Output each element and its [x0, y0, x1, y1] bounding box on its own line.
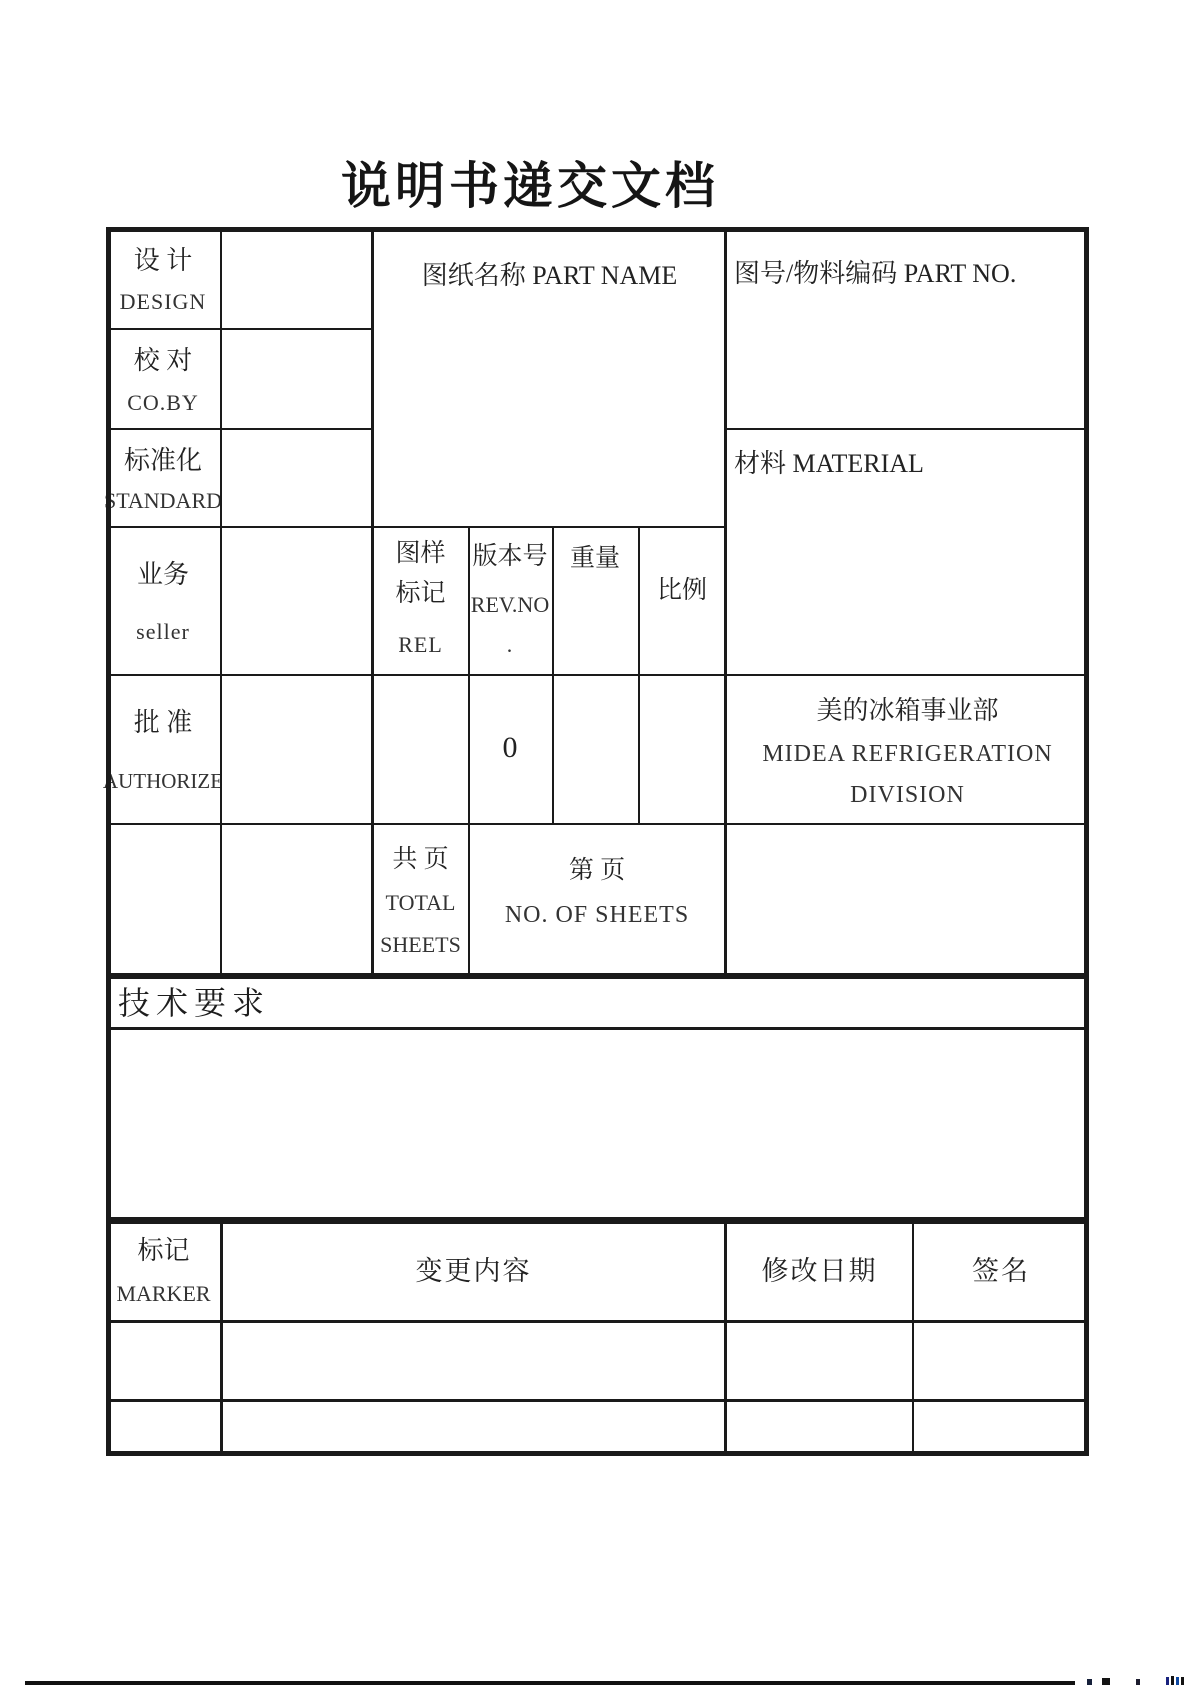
seller-signature-cell [220, 526, 373, 673]
page-title: 说明书递交文档 [0, 146, 1060, 218]
total-sheets-zh: 共 页 [392, 839, 448, 875]
marker-label-en: MARKER [116, 1281, 210, 1307]
table-border-left [106, 227, 111, 1456]
scan-artifact-speck-1 [1087, 1679, 1092, 1685]
grid-line-rev-weight-divider [552, 526, 554, 823]
rel-label-en: REL [398, 632, 443, 658]
authorize-label-en: AUTHORIZE [103, 769, 223, 794]
table-border-right [1084, 227, 1089, 1456]
technical-requirements-body [106, 1027, 1089, 1217]
part-name-label: 图纸名称 PART NAME [422, 255, 678, 292]
rel-label-zh2: 标记 [395, 574, 445, 614]
grid-line-revision-top [106, 1217, 1089, 1224]
rev-no-header-cell: 版本号 REV.NO . [468, 526, 552, 673]
grid-line-check-standard [106, 428, 373, 430]
grid-line-date-sign-divider [912, 1217, 914, 1456]
design-label-cell: 设 计 DESIGN [106, 227, 220, 328]
grid-line-partno-material [726, 428, 1089, 430]
grid-line-tech-top [106, 973, 1089, 979]
revision-row1-date-cell [726, 1320, 913, 1399]
scan-artifact-bottom-bar [25, 1681, 1075, 1685]
total-sheets-en2: SHEETS [380, 932, 461, 958]
part-no-label: 图号/物料编码 PART NO. [734, 259, 1016, 288]
signature-label: 签名 [972, 1249, 1030, 1288]
sheets-row-empty-cell-2 [220, 823, 373, 973]
scan-artifact-speck-3 [1136, 1679, 1140, 1685]
sheets-row-empty-cell-1 [106, 823, 220, 973]
grid-line-change-date-divider [724, 1217, 727, 1456]
grid-line-seller-authorize [106, 674, 1089, 676]
company-name-zh: 美的冰箱事业部 [816, 690, 998, 727]
table-border-bottom [106, 1451, 1089, 1456]
total-sheets-en1: TOTAL [386, 890, 456, 916]
check-label-zh: 校 对 [134, 340, 193, 377]
grid-line-signature-middle-divider [371, 227, 374, 973]
rev-no-value-cell: 0 [468, 673, 552, 823]
design-label-en: DESIGN [120, 289, 207, 315]
revision-row2-change-cell [221, 1399, 726, 1456]
standard-label-cell: 标准化 STANDARD [106, 428, 220, 526]
grid-line-standard-seller [106, 526, 726, 528]
scan-artifact-speck-6 [1176, 1677, 1179, 1685]
grid-line-authorize-sheets [106, 823, 1089, 825]
seller-label-cell: 业务 seller [106, 526, 220, 673]
rel-header-cell: 图样 标记 REL [373, 526, 468, 673]
check-signature-cell [220, 328, 373, 428]
sheets-row-empty-cell-3 [726, 823, 1089, 973]
company-name-en1: MIDEA REFRIGERATION [762, 741, 1052, 768]
design-label-zh: 设 计 [134, 240, 193, 277]
revision-row1-change-cell [221, 1320, 726, 1399]
authorize-label-zh: 批 准 [134, 702, 193, 739]
revision-row2-sign-cell [913, 1399, 1089, 1456]
weight-header-cell: 重量 [552, 526, 638, 673]
revision-row2-marker-cell [106, 1399, 221, 1456]
scan-artifact-speck-4 [1166, 1677, 1169, 1685]
revision-row1-marker-cell [106, 1320, 221, 1399]
weight-value-cell [552, 673, 638, 823]
no-of-sheets-header-cell: 第 页 NO. OF SHEETS [468, 823, 726, 973]
change-content-label: 变更内容 [416, 1249, 532, 1288]
check-label-en: CO.BY [127, 390, 199, 416]
check-label-cell: 校 对 CO.BY [106, 328, 220, 428]
scale-value-cell [638, 673, 726, 823]
signature-header-cell: 签名 [913, 1217, 1089, 1320]
part-name-cell: 图纸名称 PART NAME [373, 227, 726, 526]
grid-line-design-check [106, 328, 373, 330]
marker-label-zh: 标记 [137, 1230, 189, 1267]
scan-artifact-speck-2 [1102, 1678, 1110, 1685]
grid-line-revision-header-bottom [106, 1320, 1089, 1323]
material-cell: 材料 MATERIAL [734, 443, 1084, 480]
design-signature-cell [220, 227, 373, 328]
scan-artifact-speck-5 [1171, 1676, 1174, 1685]
revision-row2-date-cell [726, 1399, 913, 1456]
grid-line-middle-right-divider [724, 227, 727, 973]
marker-header-cell: 标记 MARKER [106, 1217, 221, 1320]
grid-line-marker-change-divider [220, 1217, 223, 1456]
scanned-form-page: 说明书递交文档 设 计 DESIGN 校 对 CO.BY 标准化 STANDAR… [0, 0, 1192, 1685]
total-sheets-header-cell: 共 页 TOTAL SHEETS [373, 823, 468, 973]
rel-label-zh1: 图样 [395, 534, 445, 574]
grid-line-revision-row-divider [106, 1399, 1089, 1402]
authorize-signature-cell [220, 673, 373, 823]
title-block-table: 设 计 DESIGN 校 对 CO.BY 标准化 STANDARD 业务 sel… [106, 227, 1089, 1456]
rel-value-cell [373, 673, 468, 823]
material-label: 材料 MATERIAL [734, 449, 924, 478]
rev-no-label-zh: 版本号 [472, 536, 547, 572]
grid-line-weight-scale-divider [638, 526, 640, 823]
rev-no-label-dot: . [507, 632, 514, 658]
scan-artifact-speck-7 [1181, 1677, 1184, 1685]
standard-label-zh: 标准化 [124, 440, 202, 477]
seller-label-zh: 业务 [137, 554, 189, 591]
standard-label-en: STANDARD [104, 488, 222, 514]
grid-line-label-signature-divider [220, 227, 222, 973]
scale-header-cell: 比例 [638, 526, 726, 673]
grid-line-rel-rev-divider [468, 526, 470, 973]
rev-no-value: 0 [503, 731, 518, 765]
company-name-en2: DIVISION [850, 782, 965, 809]
no-of-sheets-zh: 第 页 [569, 850, 625, 886]
technical-requirements-label: 技术要求 [118, 978, 270, 1024]
part-no-cell: 图号/物料编码 PART NO. [734, 253, 1084, 290]
table-border-top [106, 227, 1089, 232]
modify-date-label: 修改日期 [762, 1249, 878, 1288]
company-cell: 美的冰箱事业部 MIDEA REFRIGERATION DIVISION [726, 676, 1089, 823]
revision-row1-sign-cell [913, 1320, 1089, 1399]
scale-label: 比例 [657, 570, 707, 606]
change-content-header-cell: 变更内容 [221, 1217, 726, 1320]
weight-label: 重量 [570, 538, 620, 574]
grid-line-tech-bottom [106, 1027, 1089, 1030]
rev-no-label-en: REV.NO [471, 592, 549, 618]
authorize-label-cell: 批 准 AUTHORIZE [106, 673, 220, 823]
no-of-sheets-en: NO. OF SHEETS [505, 902, 689, 929]
standard-signature-cell [220, 428, 373, 526]
technical-requirements-header: 技术要求 [106, 975, 1089, 1027]
seller-label-en: seller [136, 619, 190, 645]
modify-date-header-cell: 修改日期 [726, 1217, 913, 1320]
